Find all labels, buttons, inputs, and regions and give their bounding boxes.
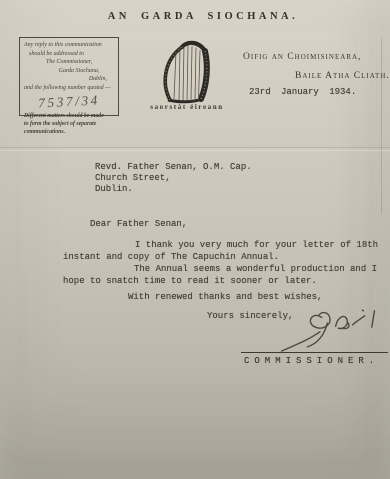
reply-instructions-box: Any reply to this communication should b…	[19, 37, 119, 116]
salutation: Dear Father Senan,	[90, 219, 187, 229]
reply-box-line: Dublin,	[24, 75, 114, 84]
office-name: Oifig an Choimisineara,	[243, 52, 361, 62]
reply-box-line: Garda Siochana,	[24, 67, 114, 76]
recipient-address: Revd. Father Senan, O.M. Cap. Church Str…	[95, 162, 252, 195]
recipient-line: Church Street,	[95, 173, 252, 184]
handwritten-reference-number: 7537/34	[24, 90, 115, 114]
recipient-line: Dublin.	[95, 184, 252, 195]
paper-fold-line	[0, 147, 390, 150]
scanned-letter: AN GARDA SIOCHANA. Any reply to this com…	[0, 0, 390, 479]
paper-crease	[381, 38, 382, 214]
letterhead-title: AN GARDA SIOCHANA.	[0, 11, 390, 22]
body-line: hope to snatch time to read it sooner or…	[63, 276, 317, 286]
letter-date: 23rd January 1934.	[249, 87, 356, 97]
office-city: Baile Atha Cliath.	[295, 71, 390, 81]
signature-rule	[241, 352, 388, 353]
reply-box-line: Any reply to this communication	[24, 41, 114, 50]
body-line: I thank you very much for your letter of…	[135, 240, 378, 250]
reply-box-note-line: to form the subject of separate	[24, 120, 114, 128]
reply-box-note: Different matters should be made to form…	[24, 112, 114, 136]
body-line: The Annual seems a wonderful production …	[134, 264, 377, 274]
reply-box-line: The Commissioner,	[24, 58, 114, 67]
signoff-title: COMMISSIONER.	[244, 356, 379, 366]
reply-box-note-line: Different matters should be made	[24, 112, 114, 120]
emblem-caption: saorstát éireann	[132, 103, 242, 111]
body-line: With renewed thanks and best wishes,	[128, 292, 322, 302]
body-line: instant and copy of The Capuchin Annual.	[63, 252, 279, 262]
reply-box-note-line: communications.	[24, 128, 114, 136]
irish-harp-icon	[159, 39, 213, 105]
reply-box-line: should be addressed to	[24, 50, 114, 59]
recipient-line: Revd. Father Senan, O.M. Cap.	[95, 162, 252, 173]
